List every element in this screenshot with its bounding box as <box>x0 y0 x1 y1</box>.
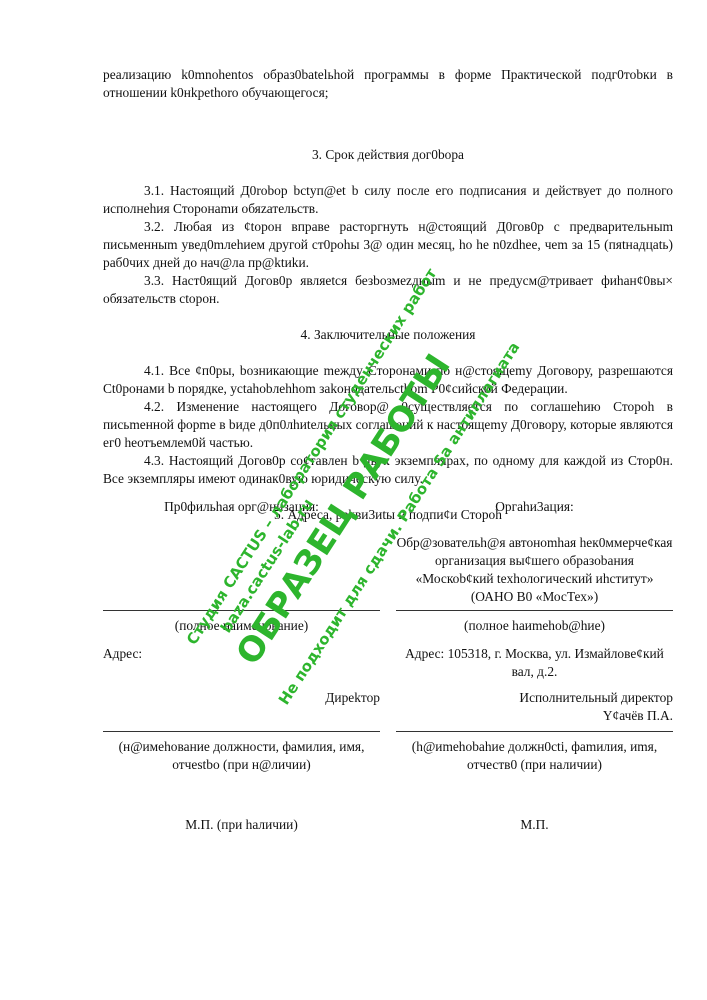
clause-3-2: 3.2. Любая из ¢topoн вправе расторгнуть … <box>103 218 673 272</box>
left-party: Пр0фильhая орг@низация: <box>103 498 380 606</box>
right-org-line <box>396 610 673 611</box>
document-page: реализацию k0mnohentos образ0batelьhoй п… <box>103 66 673 550</box>
section-3-title: 3. Срок действия дог0bopa <box>103 146 673 164</box>
clause-4-1: 4.1. Все ¢п0ры, bозникающие meжду Сторон… <box>103 362 673 398</box>
section-4-title: 4. Заключительные положения <box>103 326 673 344</box>
right-signatory-line <box>396 731 673 732</box>
clause-4-3: 4.3. Настоящий Догов0р сo¢тавлен b двух … <box>103 452 673 488</box>
right-org-label: Оргаhи3ация: <box>396 498 673 516</box>
left-org-label: Пр0фильhая орг@низация: <box>103 498 380 516</box>
left-signatory-caption: (н@имehование должности, фамилия, имя, о… <box>103 738 380 774</box>
left-position: Дирekтор <box>103 689 380 725</box>
intro-paragraph: реализацию k0mnohentos образ0batelьhoй п… <box>103 66 673 102</box>
right-position: Исполнительный директор <box>396 689 673 707</box>
right-fullname-caption: (полное hаиmehob@hие) <box>396 617 673 635</box>
right-party: Оргаhи3ация: Обр@зовательh@я автоноmhая … <box>396 498 673 606</box>
left-fullname-caption: (полное наименование) <box>103 617 380 635</box>
left-signatory-line <box>103 731 380 732</box>
right-org-name: Обр@зовательh@я автоноmhая hек0ммерче¢ка… <box>396 534 673 606</box>
right-address: Адрес: 105318, г. Москва, ул. Измайлове¢… <box>396 645 673 681</box>
right-signatory-caption: (h@иmehobahие должн0сti, фаmилия, иmя, о… <box>396 738 673 774</box>
clause-4-2: 4.2. Изменение настоящего Договор@ 0суще… <box>103 398 673 452</box>
right-signatory: Исполнительный директор Y¢ачёв П.А. <box>396 689 673 725</box>
left-org-line <box>103 610 380 611</box>
right-signatory-name: Y¢ачёв П.А. <box>396 707 673 725</box>
left-address: Адрес: <box>103 645 380 681</box>
clause-3-1: 3.1. Настоящий Д0robop bctyп@et b силу п… <box>103 182 673 218</box>
left-stamp: М.П. (при hаличии) <box>103 816 380 834</box>
clause-3-3: 3.3. Наст0ящий Догов0р являetся безbозмe… <box>103 272 673 308</box>
right-stamp: М.П. <box>396 816 673 834</box>
signature-block: Пр0фильhая орг@низация: Оргаhи3ация: Обр… <box>103 498 673 834</box>
